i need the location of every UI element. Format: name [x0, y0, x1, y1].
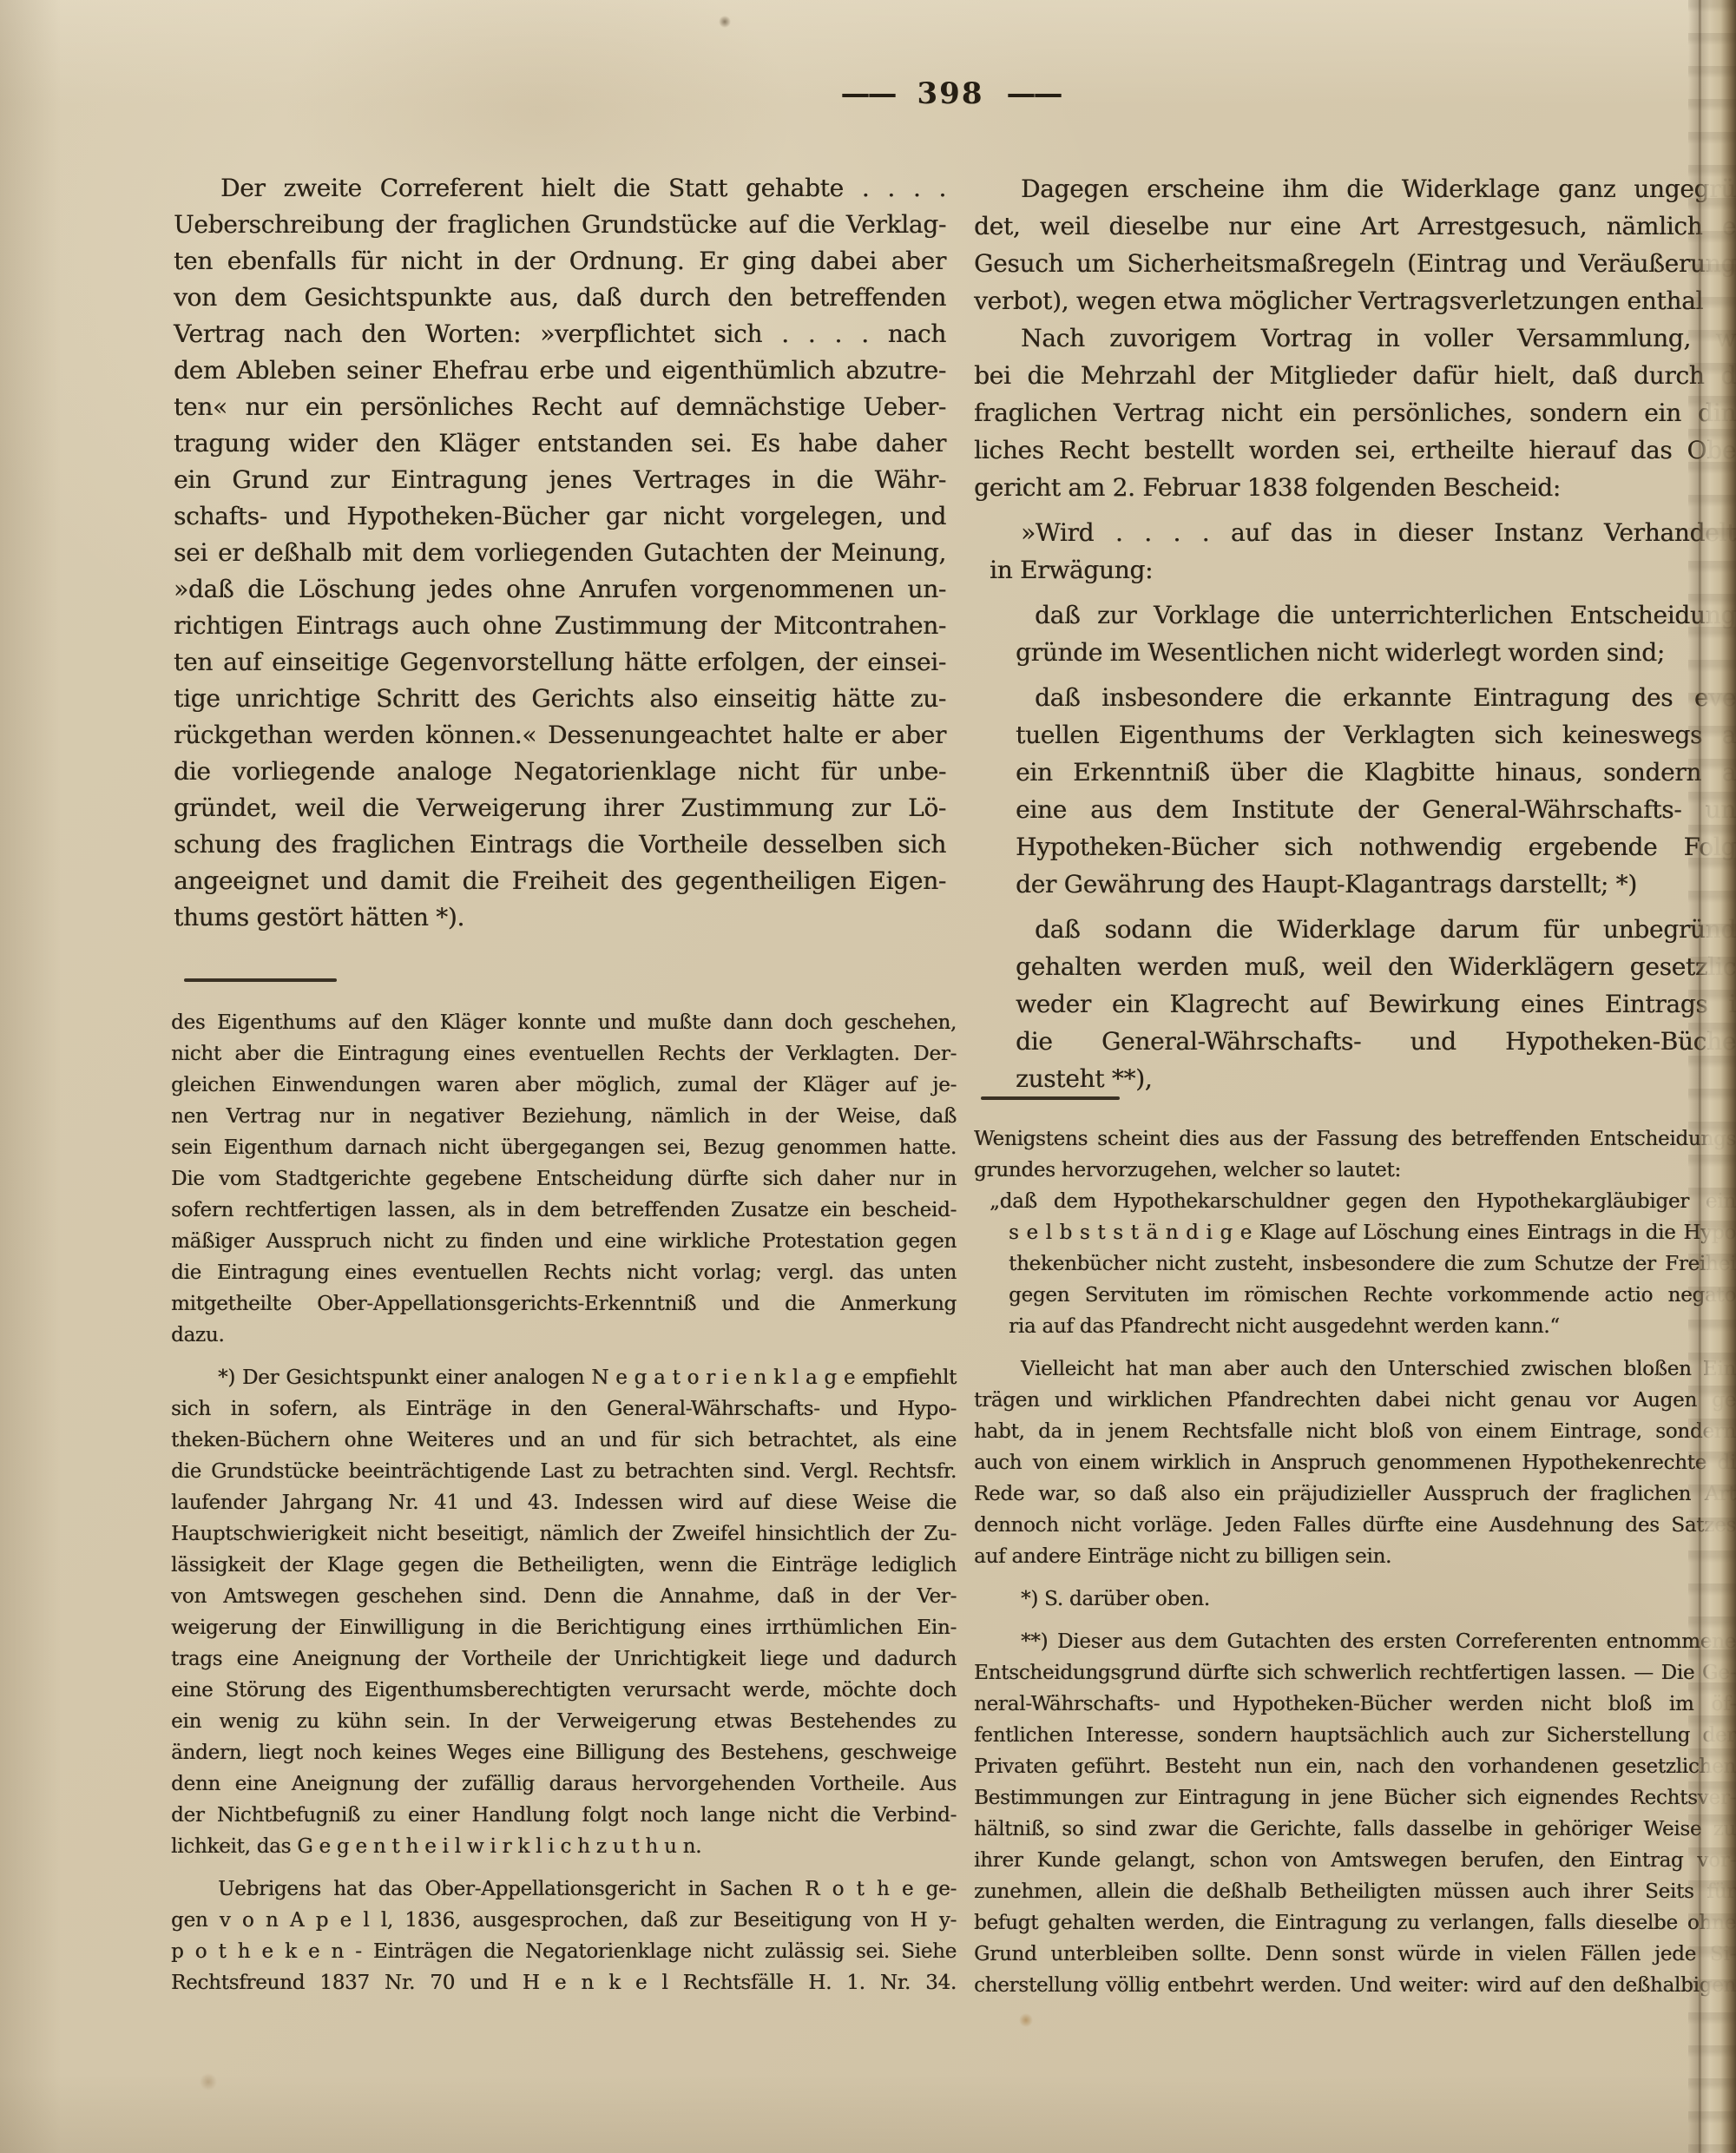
- text-line: Hypotheken-Bücher sich nothwendig ergebe…: [1016, 828, 1736, 866]
- paragraph: daß sodann die Widerklage darum für unbe…: [974, 911, 1736, 1097]
- page-edge-fold: [1688, 0, 1736, 2153]
- text-line: die Eintragung eines eventuellen Rechts …: [171, 1257, 957, 1288]
- text-line: eine Störung des Eigenthumsberechtigten …: [171, 1675, 957, 1706]
- text-line: die General-Währschafts- und Hypotheken-…: [1016, 1023, 1736, 1060]
- text-line: gen v o n A p e l l, 1836, ausgesprochen…: [171, 1905, 957, 1936]
- text-line: richtigen Eintrags auch ohne Zustimmung …: [174, 608, 946, 644]
- text-line: ten auf einseitige Gegenvorstellung hätt…: [174, 644, 946, 681]
- text-line: auch von einem wirklich in Anspruch geno…: [974, 1447, 1736, 1478]
- text-line: Nach zuvorigem Vortrag in voller Versamm…: [974, 319, 1736, 357]
- paragraph: Uebrigens hat das Ober-Appellationsgeric…: [171, 1873, 957, 1998]
- paragraph: Nach zuvorigem Vortrag in voller Versamm…: [974, 319, 1736, 506]
- text-line: **) Dieser aus dem Gutachten des ersten …: [974, 1626, 1736, 1657]
- text-line: von Amtswegen geschehen sind. Denn die A…: [171, 1581, 957, 1612]
- text-line: gericht am 2. Februar 1838 folgenden Bes…: [974, 469, 1736, 506]
- text-line: daß zur Vorklage die unterrichterlichen …: [1016, 596, 1736, 634]
- text-line: rückgethan werden können.« Dessenungeach…: [174, 717, 946, 754]
- text-line: gründet, weil die Verweigerung ihrer Zus…: [174, 790, 946, 826]
- paragraph: daß insbesondere die erkannte Eintragung…: [974, 679, 1736, 903]
- text-line: ein Grund zur Eintragung jenes Vertrages…: [174, 462, 946, 498]
- text-line: fentlichen Interesse, sondern hauptsächl…: [974, 1720, 1736, 1751]
- text-line: Hauptschwierigkeit nicht beseitigt, näml…: [171, 1518, 957, 1550]
- text-line: dennoch nicht vorläge. Jeden Falles dürf…: [974, 1510, 1736, 1541]
- paragraph: „daß dem Hypothekarschuldner gegen den H…: [974, 1186, 1736, 1342]
- text-line: liches Recht bestellt worden sei, erthei…: [974, 431, 1736, 469]
- text-line: Die vom Stadtgerichte gegebene Entscheid…: [171, 1163, 957, 1195]
- text-line: trägen und wirklichen Pfandrechten dabei…: [974, 1385, 1736, 1416]
- text-line: tuellen Eigenthums der Verklagten sich k…: [1016, 716, 1736, 754]
- text-line: ihrer Kunde gelangt, schon von Amtswegen…: [974, 1845, 1736, 1876]
- text-line: theken-Büchern ohne Weiteres und an und …: [171, 1425, 957, 1456]
- text-line: Vertrag nach den Worten: »verpflichtet s…: [174, 316, 946, 352]
- text-line: daß sodann die Widerklage darum für unbe…: [1016, 911, 1736, 948]
- text-line: der Nichtbefugniß zu einer Handlung folg…: [171, 1800, 957, 1831]
- scanned-page: ——398—— Der zweite Correferent hielt die…: [0, 0, 1736, 2153]
- paragraph: Wenigstens scheint dies aus der Fassung …: [974, 1123, 1736, 1186]
- text-line: gleichen Einwendungen waren aber möglich…: [171, 1070, 957, 1101]
- text-line: in Erwägung:: [974, 551, 1736, 589]
- text-line: laufender Jahrgang Nr. 41 und 43. Indess…: [171, 1487, 957, 1518]
- text-line: des Eigenthums auf den Kläger konnte und…: [171, 1007, 957, 1038]
- text-line: verbot), wegen etwa möglicher Vertragsve…: [974, 282, 1736, 319]
- text-line: schung des fraglichen Eintrags die Vorth…: [174, 826, 946, 863]
- text-line: Wenigstens scheint dies aus der Fassung …: [974, 1123, 1736, 1155]
- text-line: gehalten werden muß, weil den Widerkläge…: [1016, 948, 1736, 985]
- text-line: die Grundstücke beeinträchtigende Last z…: [171, 1456, 957, 1487]
- text-line: cherstellung völlig entbehrt werden. Und…: [974, 1970, 1736, 2001]
- header-rule-right: ——: [983, 76, 1082, 111]
- text-line: der Gewährung des Haupt-Klagantrags dars…: [1016, 866, 1736, 903]
- text-line: »daß die Löschung jedes ohne Anrufen vor…: [174, 571, 946, 608]
- text-line: thekenbücher nicht zusteht, insbesondere…: [1009, 1248, 1736, 1280]
- text-line: ein Erkenntniß über die Klagbitte hinaus…: [1016, 754, 1736, 791]
- right-column-footnotes: Wenigstens scheint dies aus der Fassung …: [974, 1123, 1736, 2001]
- paragraph: »Wird . . . . auf das in dieser Instanz …: [974, 514, 1736, 551]
- text-line: sich in sofern, als Einträge in den Gene…: [171, 1393, 957, 1425]
- paragraph: Vielleicht hat man aber auch den Untersc…: [974, 1353, 1736, 1572]
- text-line: gründe im Wesentlichen nicht widerlegt w…: [1016, 634, 1736, 671]
- text-line: mäßiger Ausspruch nicht zu finden und ei…: [171, 1226, 957, 1257]
- paragraph: in Erwägung:: [974, 551, 1736, 589]
- text-line: thums gestört hätten *).: [174, 899, 946, 936]
- text-line: *) S. darüber oben.: [974, 1583, 1736, 1615]
- text-line: Dagegen erscheine ihm die Widerklage gan…: [974, 170, 1736, 207]
- text-line: ten ebenfalls für nicht in der Ordnung. …: [174, 243, 946, 280]
- text-line: lichkeit, das G e g e n t h e i l w i r …: [171, 1831, 957, 1862]
- text-line: von dem Gesichtspunkte aus, daß durch de…: [174, 280, 946, 316]
- text-line: dazu.: [171, 1320, 957, 1351]
- text-line: gegen Servituten im römischen Rechte vor…: [1009, 1280, 1736, 1311]
- text-line: ein wenig zu kühn sein. In der Verweiger…: [171, 1706, 957, 1737]
- paragraph: *) Der Gesichtspunkt einer analogen N e …: [171, 1362, 957, 1862]
- text-line: p o t h e k e n - Einträgen die Negatori…: [171, 1936, 957, 1967]
- text-line: s e l b s t s t ä n d i g e Klage auf Lö…: [1009, 1217, 1736, 1248]
- text-line: Ueberschreibung der fraglichen Grundstüc…: [174, 207, 946, 243]
- text-line: nen Vertrag nur in negativer Beziehung, …: [171, 1101, 957, 1132]
- text-line: *) Der Gesichtspunkt einer analogen N e …: [171, 1362, 957, 1393]
- text-line: Grund unterbleiben sollte. Denn sonst wü…: [974, 1939, 1736, 1970]
- text-line: neral-Währschafts- und Hypotheken-Bücher…: [974, 1689, 1736, 1720]
- text-line: »Wird . . . . auf das in dieser Instanz …: [974, 514, 1736, 551]
- text-line: Gesuch um Sicherheitsmaßregeln (Eintrag …: [974, 245, 1736, 282]
- text-line: habt, da in jenem Rechtsfalle nicht bloß…: [974, 1416, 1736, 1447]
- text-line: trags eine Aneignung der Vortheile der U…: [171, 1643, 957, 1675]
- right-footnote-separator: [981, 1096, 1120, 1100]
- text-line: zunehmen, allein die deßhalb Betheiligte…: [974, 1876, 1736, 1907]
- text-line: nicht aber die Eintragung eines eventuel…: [171, 1038, 957, 1070]
- text-line: „daß dem Hypothekarschuldner gegen den H…: [1009, 1186, 1736, 1217]
- right-column-main-text: Dagegen erscheine ihm die Widerklage gan…: [974, 170, 1736, 1097]
- page-number: 398: [917, 76, 984, 111]
- text-line: Vielleicht hat man aber auch den Untersc…: [974, 1353, 1736, 1385]
- text-line: befugt gehalten werden, die Eintragung z…: [974, 1907, 1736, 1939]
- paragraph: **) Dieser aus dem Gutachten des ersten …: [974, 1626, 1736, 2001]
- paragraph: des Eigenthums auf den Kläger konnte und…: [171, 1007, 957, 1351]
- text-line: auf andere Einträge nicht zu billigen se…: [974, 1541, 1736, 1572]
- text-line: ria auf das Pfandrecht nicht ausgedehnt …: [1009, 1311, 1736, 1342]
- text-line: schafts- und Hypotheken-Bücher gar nicht…: [174, 498, 946, 535]
- text-line: zusteht **),: [1016, 1060, 1736, 1097]
- text-line: daß insbesondere die erkannte Eintragung…: [1016, 679, 1736, 716]
- text-line: sein Eigenthum darnach nicht übergegange…: [171, 1132, 957, 1163]
- text-line: Entscheidungsgrund dürfte sich schwerlic…: [974, 1657, 1736, 1689]
- text-line: ändern, liegt noch keines Weges eine Bil…: [171, 1737, 957, 1768]
- text-line: weder ein Klagrecht auf Bewirkung eines …: [1016, 985, 1736, 1023]
- paragraph: Dagegen erscheine ihm die Widerklage gan…: [974, 170, 1736, 319]
- header-rule-left: ——: [819, 76, 917, 111]
- paragraph: Der zweite Correferent hielt die Statt g…: [174, 170, 946, 936]
- text-line: ten« nur ein persönliches Recht auf demn…: [174, 389, 946, 425]
- text-line: weigerung der Einwilligung in die Berich…: [171, 1612, 957, 1643]
- text-line: fraglichen Vertrag nicht ein persönliche…: [974, 394, 1736, 431]
- left-footnote-separator: [184, 978, 337, 982]
- page-header: ——398——: [174, 76, 1727, 111]
- text-line: bei die Mehrzahl der Mitglieder dafür hi…: [974, 357, 1736, 394]
- text-line: lässigkeit der Klage gegen die Betheilig…: [171, 1550, 957, 1581]
- text-line: Rechtsfreund 1837 Nr. 70 und H e n k e l…: [171, 1967, 957, 1998]
- text-line: hältniß, so sind zwar die Gerichte, fall…: [974, 1814, 1736, 1845]
- left-column-main-text: Der zweite Correferent hielt die Statt g…: [174, 170, 946, 936]
- text-line: det, weil dieselbe nur eine Art Arrestge…: [974, 207, 1736, 245]
- text-line: sei er deßhalb mit dem vorliegenden Guta…: [174, 535, 946, 571]
- text-line: eine aus dem Institute der General-Währs…: [1016, 791, 1736, 828]
- text-line: Uebrigens hat das Ober-Appellationsgeric…: [171, 1873, 957, 1905]
- text-line: die vorliegende analoge Negatorienklage …: [174, 754, 946, 790]
- text-line: dem Ableben seiner Ehefrau erbe und eige…: [174, 352, 946, 389]
- text-line: Privaten geführt. Besteht nun ein, nach …: [974, 1751, 1736, 1782]
- text-line: denn eine Aneignung der zufällig daraus …: [171, 1768, 957, 1800]
- paragraph: daß zur Vorklage die unterrichterlichen …: [974, 596, 1736, 671]
- text-line: sofern rechtfertigen lassen, als in dem …: [171, 1195, 957, 1226]
- paragraph: *) S. darüber oben.: [974, 1583, 1736, 1615]
- text-line: tragung wider den Kläger entstanden sei.…: [174, 425, 946, 462]
- text-line: grundes hervorzugehen, welcher so lautet…: [974, 1155, 1736, 1186]
- text-line: tige unrichtige Schritt des Gerichts als…: [174, 681, 946, 717]
- text-line: Der zweite Correferent hielt die Statt g…: [174, 170, 946, 207]
- text-line: Bestimmungen zur Eintragung in jene Büch…: [974, 1782, 1736, 1814]
- text-line: Rede war, so daß also ein präjudizieller…: [974, 1478, 1736, 1510]
- left-column-footnotes: des Eigenthums auf den Kläger konnte und…: [171, 1007, 957, 1998]
- text-line: mitgetheilte Ober-Appellationsgerichts-E…: [171, 1288, 957, 1320]
- text-line: angeeignet und damit die Freiheit des ge…: [174, 863, 946, 899]
